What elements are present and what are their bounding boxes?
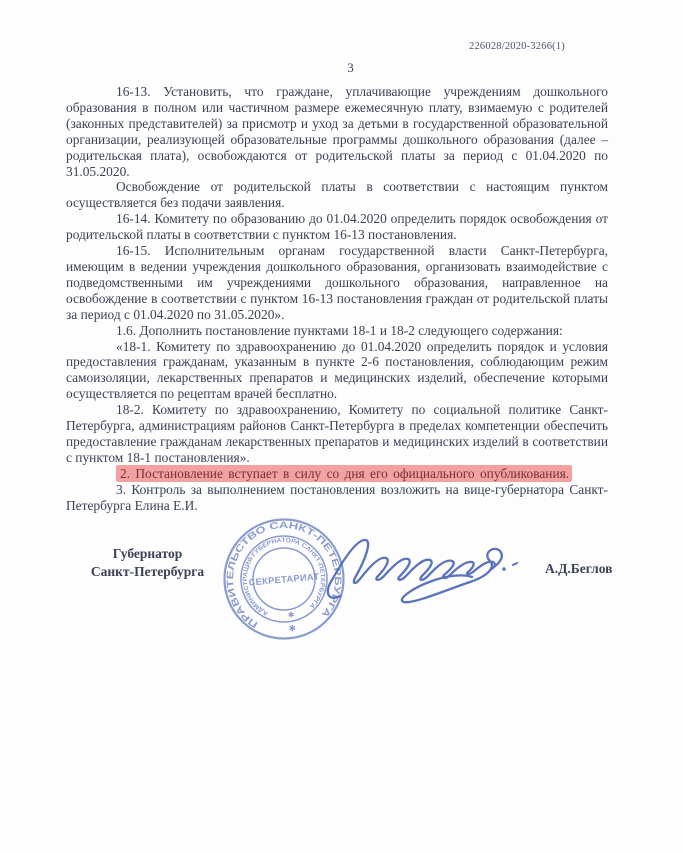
stamp-star-inner: ✱ [287,610,295,620]
paragraph-18-2: 18-2. Комитету по здравоохранению, Комит… [66,402,608,466]
stamp-star-outer: ✱ [288,623,296,634]
paragraph-16-14: 16-14. Комитету по образованию до 01.04.… [66,211,608,243]
highlight-marker: 2. Постановление вступает в силу со дня … [116,465,572,482]
paragraph-16-13: 16-13. Установить, что граждане, уплачив… [66,84,608,179]
signatory-title: Губернатор Санкт-Петербурга [87,545,208,581]
signer-name: А.Д.Беглов [545,561,612,577]
paragraph-16-15: 16-15. Исполнительным органам государств… [66,243,608,323]
paragraph-2-highlighted: 2. Постановление вступает в силу со дня … [66,466,608,482]
scanned-document-page: 226028/2020-3266(1) 3 16-13. Установить,… [0,0,683,853]
paragraph-3-control: 3. Контроль за выполнением постановления… [66,482,608,514]
page-number: 3 [0,60,683,76]
paragraph-18-1: «18-1. Комитету по здравоохранению до 01… [66,339,608,403]
paragraph-1-6: 1.6. Дополнить постановление пунктами 18… [66,323,608,339]
signatory-title-line2: Санкт-Петербурга [87,563,208,581]
document-body: 16-13. Установить, что граждане, уплачив… [66,84,608,513]
signatory-title-line1: Губернатор [87,545,208,563]
signature-icon [318,518,523,613]
document-ref-number: 226028/2020-3266(1) [469,41,565,52]
paragraph-exemption: Освобождение от родительской платы в соо… [66,179,608,211]
stamp-center-text: СЕКРЕТАРИАТ [248,571,320,587]
signature [318,518,523,613]
